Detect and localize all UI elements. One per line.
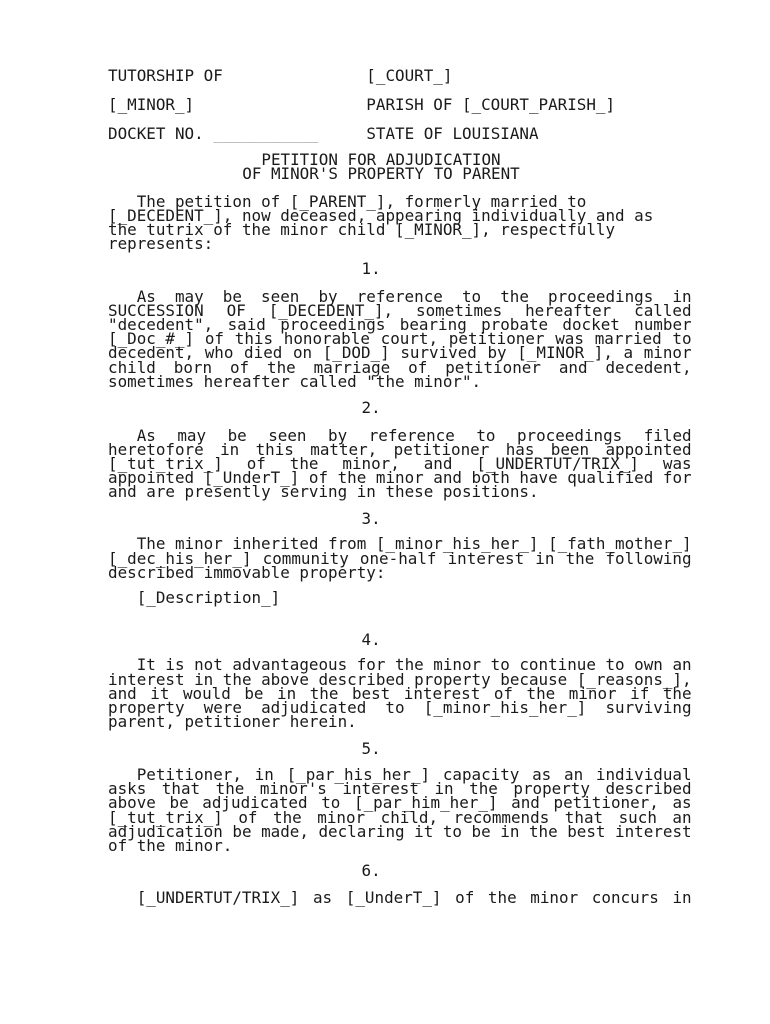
section-paragraph-3: The minor inherited from [_minor_his_her… [108, 537, 692, 580]
intro-paragraph: The petition of [_PARENT_], formerly mar… [108, 195, 692, 252]
section-paragraph-1: As may be seen by reference to the proce… [108, 290, 692, 389]
section-number-5: 5. [108, 742, 692, 756]
section-paragraph-6-continued: [_UNDERTUT/TRIX_] as [_UnderT_] of the m… [108, 891, 692, 905]
section-number-3: 3. [108, 512, 692, 526]
section-paragraph-2: As may be seen by reference to proceedin… [108, 429, 692, 500]
docket-number-label: DOCKET NO. [108, 124, 213, 143]
docket-number-blank-line: ___________ [213, 124, 318, 143]
section-number-1: 1. [108, 262, 692, 276]
header-line-tutorship-court: TUTORSHIP OF [_COURT_] [108, 69, 692, 83]
section-paragraph-5: Petitioner, in [_par_his_her_] capacity … [108, 768, 692, 853]
section-number-6: 6. [108, 864, 692, 878]
section-number-2: 2. [108, 401, 692, 415]
section-number-4: 4. [108, 633, 692, 647]
document-page: TUTORSHIP OF [_COURT_] [_MINOR_] PARISH … [108, 69, 692, 905]
section-paragraph-4: It is not advantageous for the minor to … [108, 658, 692, 729]
property-description-placeholder: [_Description_] [108, 591, 692, 605]
header-line-minor-parish: [_MINOR_] PARISH OF [_COURT_PARISH_] [108, 98, 692, 112]
document-title: PETITION FOR ADJUDICATION OF MINOR'S PRO… [108, 153, 654, 181]
header-line-docket-state: DOCKET NO. ___________ STATE OF LOUISIAN… [108, 127, 692, 141]
state-of-louisiana-label: STATE OF LOUISIANA [319, 124, 539, 143]
